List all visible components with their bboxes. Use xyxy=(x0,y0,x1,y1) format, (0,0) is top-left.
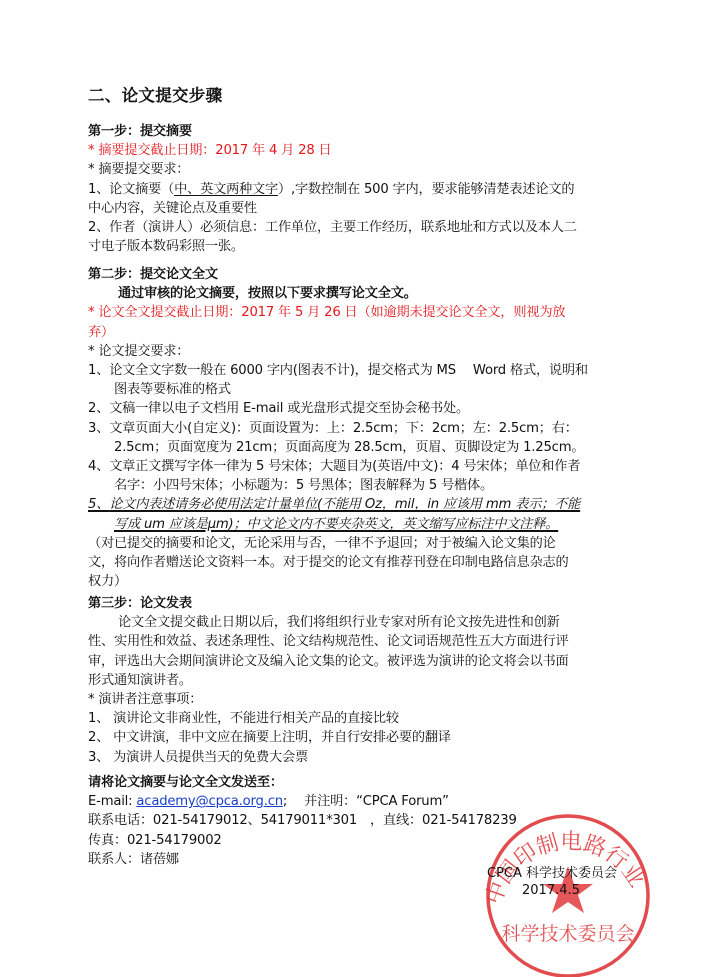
email-suffix: ; 并注明：“CPCA Forum” xyxy=(283,794,449,809)
step1-item2-line1: 2、作者（演讲人）必须信息：工作单位，主要工作经历，联系地址和方式以及本人二 xyxy=(88,218,648,237)
step3-note-1: 1、 演讲论文非商业性，不能进行相关产品的直接比较 xyxy=(88,709,648,728)
item-number: 2、 xyxy=(88,401,109,416)
step3-para-line3: 审，评选出大会期间演讲论文及编入论文集的论文。被评选为演讲的论文将会以书面 xyxy=(88,652,648,671)
step1-req-label: * 摘要提交要求： xyxy=(88,160,648,179)
item-text: 文章正文撰写字体一律为 5 号宋体；大题目为(英语/中文)：4 号宋体；单位和作… xyxy=(109,459,580,474)
step1-item1-underlined: 中、英文两种文字 xyxy=(174,182,278,197)
step2-deadline-line2: 弃） xyxy=(88,323,648,342)
step2-deadline-line1: * 论文全文提交截止日期：2017 年 5 月 26 日（如逾期未提交论文全文，… xyxy=(88,303,648,322)
step1-item1-suffix: ）,字数控制在 500 字内，要求能够清楚表述论文的 xyxy=(278,182,574,197)
step1-item1-prefix: 1、论文摘要（ xyxy=(88,182,174,197)
contact-heading: 请将论文摘要与论文全文发送至： xyxy=(88,773,648,792)
step3-note-3: 3、 为演讲人员提供当天的免费大会票 xyxy=(88,748,648,767)
item-text: 文稿一律以电子文档用 E-mail 或光盘形式提交至协会秘书处。 xyxy=(109,401,469,416)
email-label: E-mail: xyxy=(88,794,136,809)
step3-para-line1: 论文全文提交截止日期以后，我们将组织行业专家对所有论文按先进性和创新 xyxy=(88,613,648,632)
item-number: 1、 xyxy=(88,363,109,378)
item-text-cont: 名字：小四号宋体；小标题为：5 号黑体；图表解释为 5 号楷体。 xyxy=(88,476,648,495)
item-text: 文章页面大小(自定义)：页面设置为：上：2.5cm；下：2cm；左：2.5cm；… xyxy=(109,421,578,436)
step1-heading: 第一步：提交摘要 xyxy=(88,122,648,141)
item-number: 5、 xyxy=(88,497,109,512)
step3-para-line4: 形式通知演讲者。 xyxy=(88,671,648,690)
step2-section: 第二步：提交论文全文 通过审核的论文摘要，按照以下要求撰写论文全文。 * 论文全… xyxy=(88,265,648,591)
step2-note-line3: 权力） xyxy=(88,572,648,591)
step2-item-5: 5、论文内表述请务必使用法定计量单位(不能用 Oz，mil，in 应该用 mm … xyxy=(88,495,648,533)
step1-item1: 1、论文摘要（中、英文两种文字）,字数控制在 500 字内，要求能够清楚表述论文… xyxy=(88,180,648,199)
item-text-cont: 写成 um 应该是μm)；中文论文内不要夹杂英文，英文缩写应标注中文注释。 xyxy=(114,515,558,534)
item-text-cont: 2.5cm；页面宽度为 21cm；页面高度为 28.5cm，页眉、页脚设定为 1… xyxy=(88,438,648,457)
step3-para-line2: 性、实用性和效益、表述条理性、论文结构规范性、论文词语规范性五大方面进行评 xyxy=(88,632,648,651)
step2-req-label: * 论文提交要求： xyxy=(88,342,648,361)
step1-deadline: * 摘要提交截止日期：2017 年 4 月 28 日 xyxy=(88,141,648,160)
section-title: 二、论文提交步骤 xyxy=(88,86,222,105)
step1-item2-line2: 寸电子版本数码彩照一张。 xyxy=(88,237,648,256)
stamp-bottom-text: 科学技术委员会 xyxy=(501,923,634,945)
email-link[interactable]: academy@cpca.org.cn xyxy=(136,794,283,809)
item-number: 3、 xyxy=(88,421,109,436)
item-text: 论文全文字数一般在 6000 字内(图表不计)，提交格式为 MS Word 格式… xyxy=(109,363,588,378)
step2-note-line1: （对已提交的摘要和论文，无论采用与否，一律不予退回；对于被编入论文集的论 xyxy=(88,534,648,553)
step2-item-1: 1、论文全文字数一般在 6000 字内(图表不计)，提交格式为 MS Word … xyxy=(88,361,648,399)
signature-date: 2017.4.5 xyxy=(522,883,580,898)
signature-org: CPCA 科学技术委员会 xyxy=(487,864,617,883)
step2-item-2: 2、文稿一律以电子文档用 E-mail 或光盘形式提交至协会秘书处。 xyxy=(88,399,648,418)
step3-heading: 第三步：论文发表 xyxy=(88,594,648,613)
step1-section: 第一步：提交摘要 * 摘要提交截止日期：2017 年 4 月 28 日 * 摘要… xyxy=(88,122,648,256)
step2-note-line2: 文，将向作者赠送论文资料一本。对于提交的论文有推荐刊登在印制电路信息杂志的 xyxy=(88,553,648,572)
step2-heading: 第二步：提交论文全文 xyxy=(88,265,648,284)
step2-item-4: 4、文章正文撰写字体一律为 5 号宋体；大题目为(英语/中文)：4 号宋体；单位… xyxy=(88,457,648,495)
step3-notes-label: * 演讲者注意事项： xyxy=(88,690,648,709)
step2-intro: 通过审核的论文摘要，按照以下要求撰写论文全文。 xyxy=(88,284,648,303)
step1-item1-line2: 中心内容，关键论点及重要性 xyxy=(88,199,648,218)
step3-note-2: 2、 中文讲演，非中文应在摘要上注明，并自行安排必要的翻译 xyxy=(88,728,648,747)
step2-item-3: 3、文章页面大小(自定义)：页面设置为：上：2.5cm；下：2cm；左：2.5c… xyxy=(88,419,648,457)
item-text-cont: 图表等要标准的格式 xyxy=(88,380,648,399)
item-number: 4、 xyxy=(88,459,109,474)
step3-section: 第三步：论文发表 论文全文提交截止日期以后，我们将组织行业专家对所有论文按先进性… xyxy=(88,594,648,767)
item-text: 论文内表述请务必使用法定计量单位(不能用 Oz，mil，in 应该用 mm 表示… xyxy=(109,497,580,512)
